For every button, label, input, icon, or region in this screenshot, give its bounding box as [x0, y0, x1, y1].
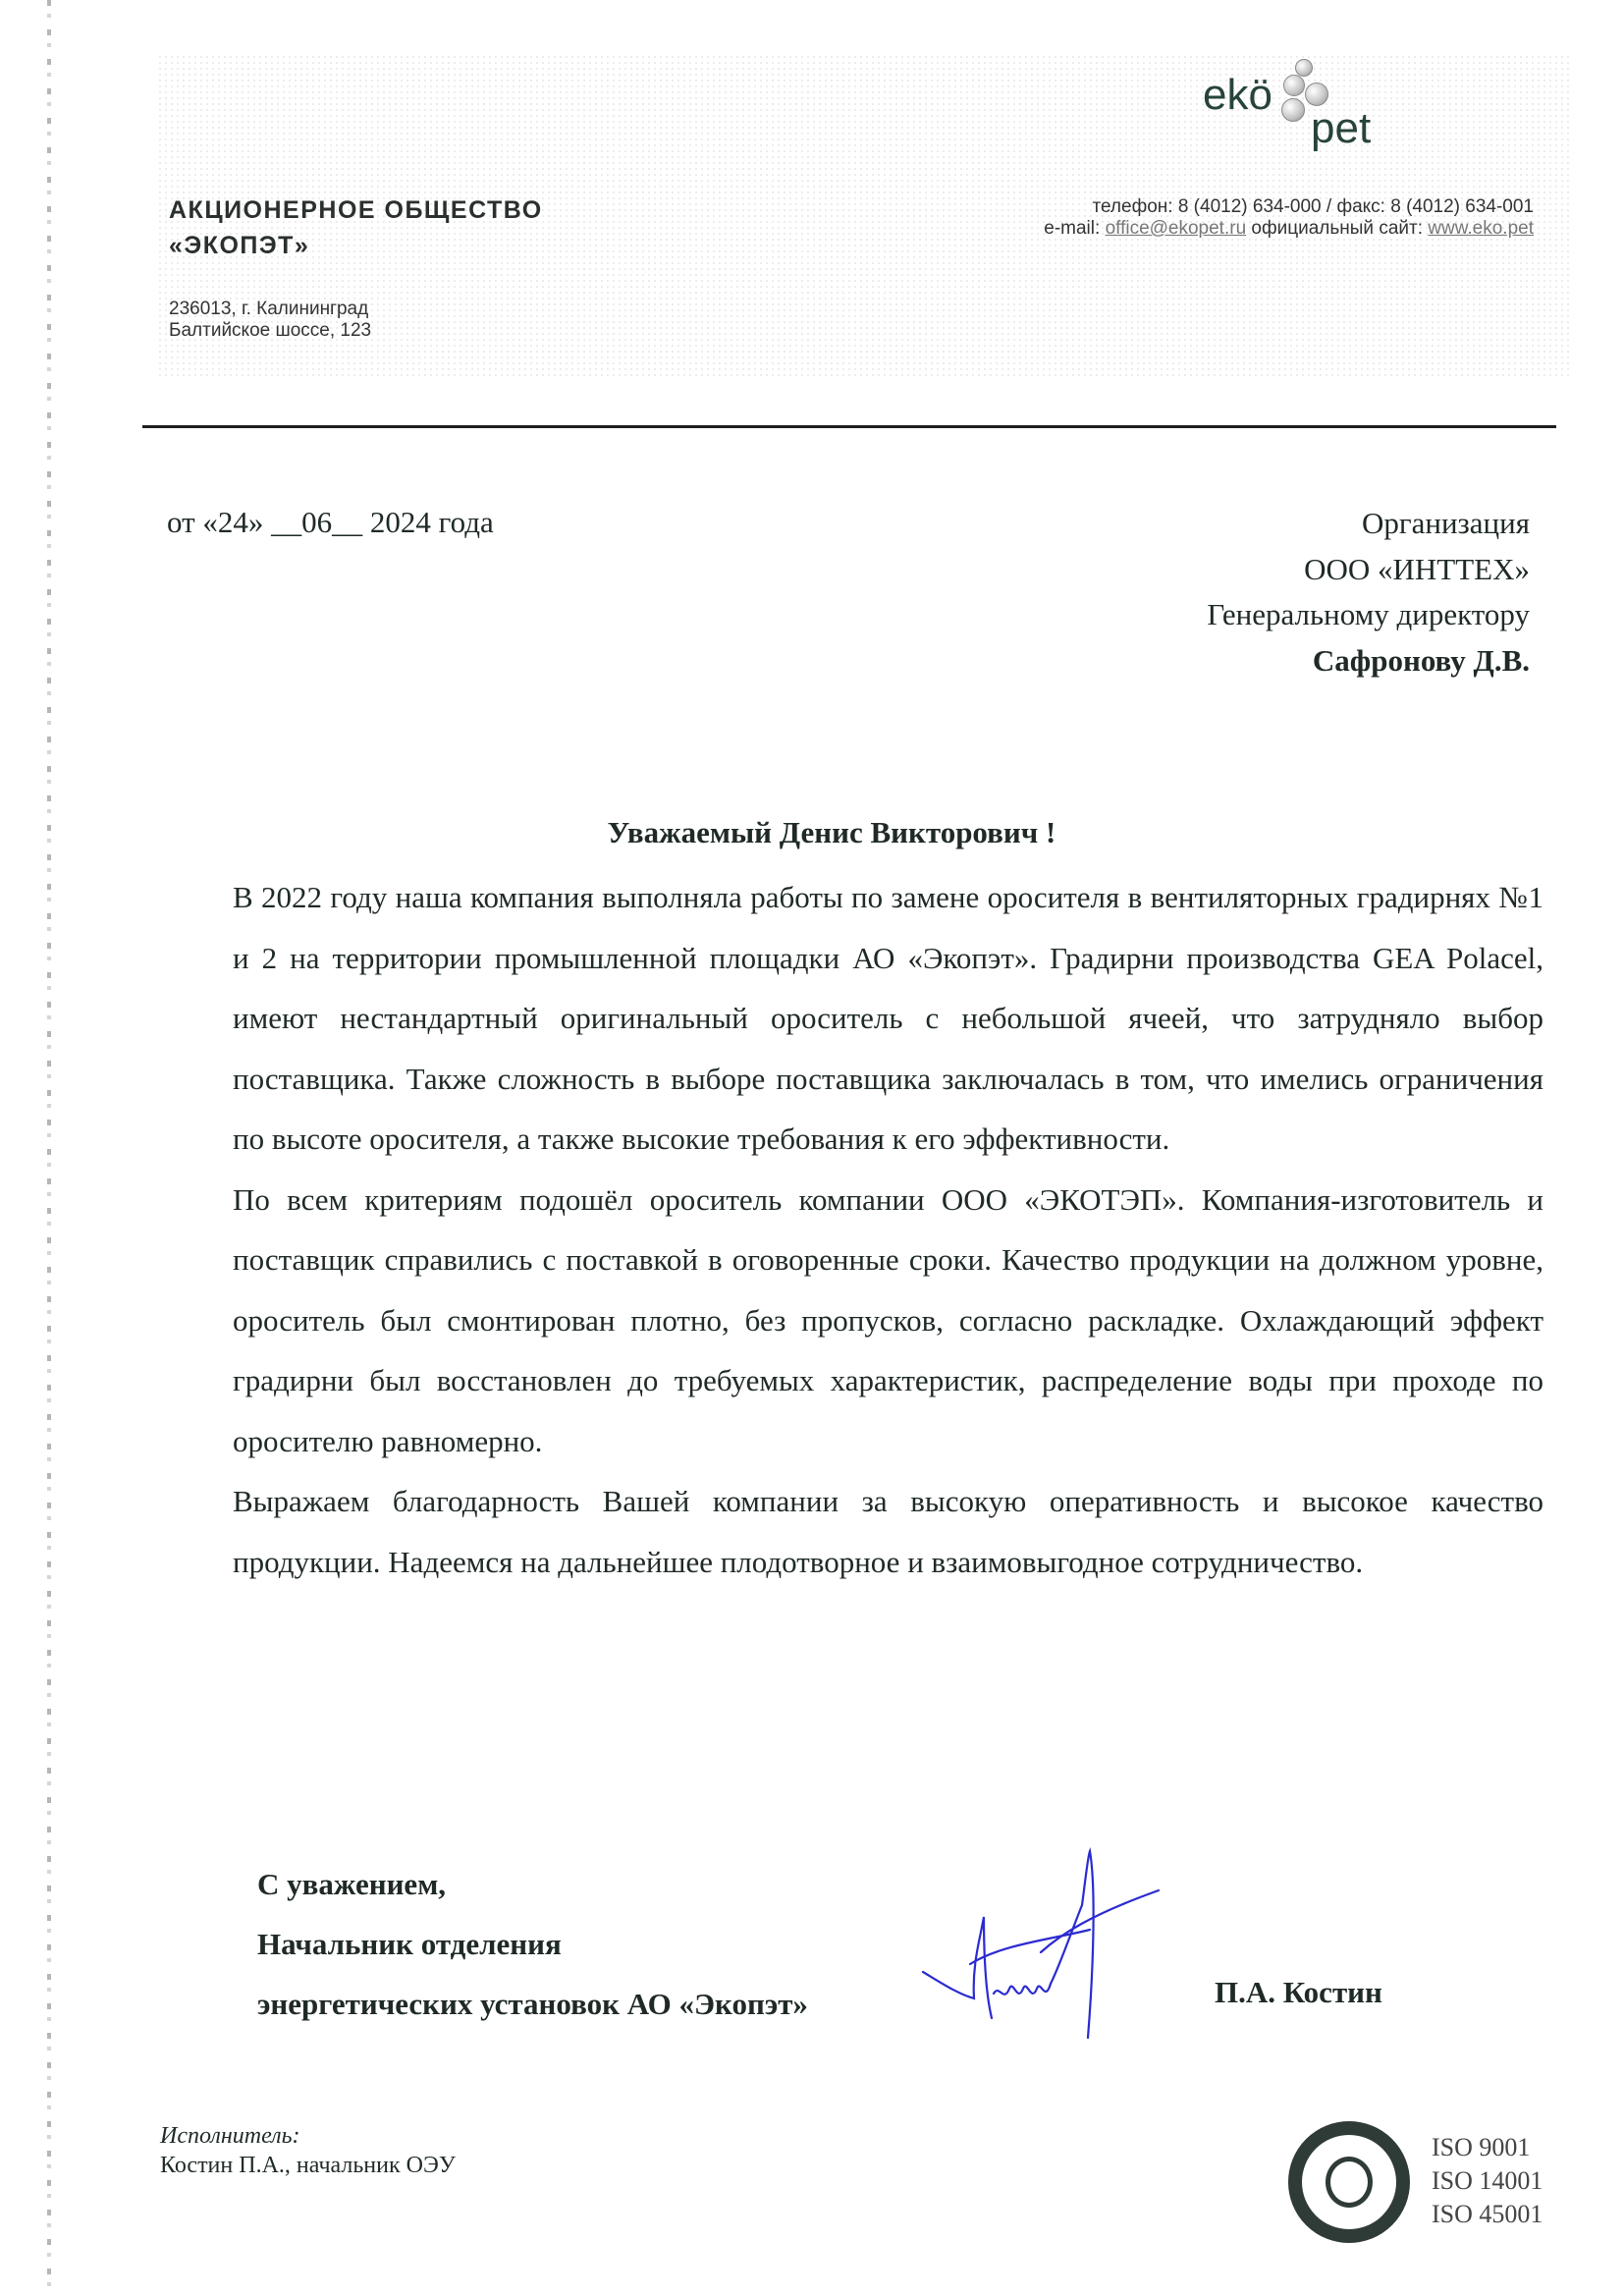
company-contacts: телефон: 8 (4012) 634-000 / факс: 8 (401… [1044, 196, 1534, 240]
letterhead-divider [142, 425, 1556, 428]
body-paragraph-1: В 2022 году наша компания выполняла рабо… [233, 867, 1543, 1170]
company-name-line2: «ЭКОПЭТ» [169, 228, 543, 263]
recipient-line1: Организация [1207, 501, 1530, 547]
executor-block: Исполнитель: Костин П.А., начальник ОЭУ [160, 2121, 456, 2180]
recipient-organization: ООО «ИНТТЕХ» [1207, 547, 1530, 593]
body-paragraph-2: По всем критериям подошёл ороситель комп… [233, 1170, 1543, 1472]
recipient-block: Организация ООО «ИНТТЕХ» Генеральному ди… [1207, 501, 1530, 683]
site-label: официальный сайт: [1251, 218, 1423, 239]
scan-edge-artifact [47, 0, 51, 2296]
iso-standard: ISO 14001 [1432, 2164, 1543, 2198]
letter-date: от «24» __06__ 2024 года [167, 503, 494, 542]
closing-position-line1: Начальник отделения [257, 1914, 808, 1974]
greeting: Уважаемый Денис Викторович ! [0, 813, 1624, 852]
logo-word-pet: pet [1311, 104, 1371, 153]
phone-fax-line: телефон: 8 (4012) 634-000 / факс: 8 (401… [1044, 196, 1534, 218]
body-paragraph-3: Выражаем благодарность Вашей компании за… [233, 1471, 1543, 1592]
email-label: e-mail: [1044, 218, 1100, 239]
iso-standard: ISO 45001 [1432, 2198, 1543, 2231]
address-line2: Балтийское шоссе, 123 [169, 320, 371, 342]
address-line1: 236013, г. Калининград [169, 299, 371, 320]
ekopet-logo: ekö pet [1203, 59, 1429, 157]
recipient-name: Сафронову Д.В. [1207, 638, 1530, 684]
executor-name: Костин П.А., начальник ОЭУ [160, 2151, 456, 2180]
closing-regards: С уважением, [257, 1854, 808, 1914]
website-link[interactable]: www.eko.pet [1428, 218, 1534, 239]
company-name: АКЦИОНЕРНОЕ ОБЩЕСТВО «ЭКОПЭТ» [169, 192, 543, 263]
closing-position-line2: энергетических установок АО «Экопэт» [257, 1974, 808, 2034]
handwritten-signature [913, 1846, 1168, 2043]
iso-standard: ISO 9001 [1432, 2131, 1543, 2164]
company-name-line1: АКЦИОНЕРНОЕ ОБЩЕСТВО [169, 192, 543, 228]
logo-bubble-icon [1281, 98, 1305, 122]
email-link[interactable]: office@ekopet.ru [1106, 218, 1247, 239]
company-address: 236013, г. Калининград Балтийское шоссе,… [169, 299, 371, 342]
management-system-seal-icon [1288, 2121, 1410, 2243]
logo-bubble-icon [1295, 59, 1313, 77]
logo-word-eko: ekö [1203, 71, 1272, 120]
logo-bubble-icon [1305, 82, 1328, 106]
executor-label: Исполнитель: [160, 2121, 456, 2151]
signer-name: П.А. Костин [1215, 1975, 1382, 2010]
recipient-position: Генеральному директору [1207, 592, 1530, 638]
iso-standards-list: ISO 9001 ISO 14001 ISO 45001 [1432, 2131, 1543, 2231]
email-site-line: e-mail: office@ekopet.ru официальный сай… [1044, 218, 1534, 240]
certification-badge: ISO 9001 ISO 14001 ISO 45001 [1286, 2121, 1571, 2249]
letter-body: В 2022 году наша компания выполняла рабо… [233, 867, 1543, 1592]
logo-bubble-icon [1283, 75, 1305, 96]
quality-q-icon [1326, 2157, 1373, 2208]
closing-block: С уважением, Начальник отделения энергет… [257, 1854, 808, 2034]
